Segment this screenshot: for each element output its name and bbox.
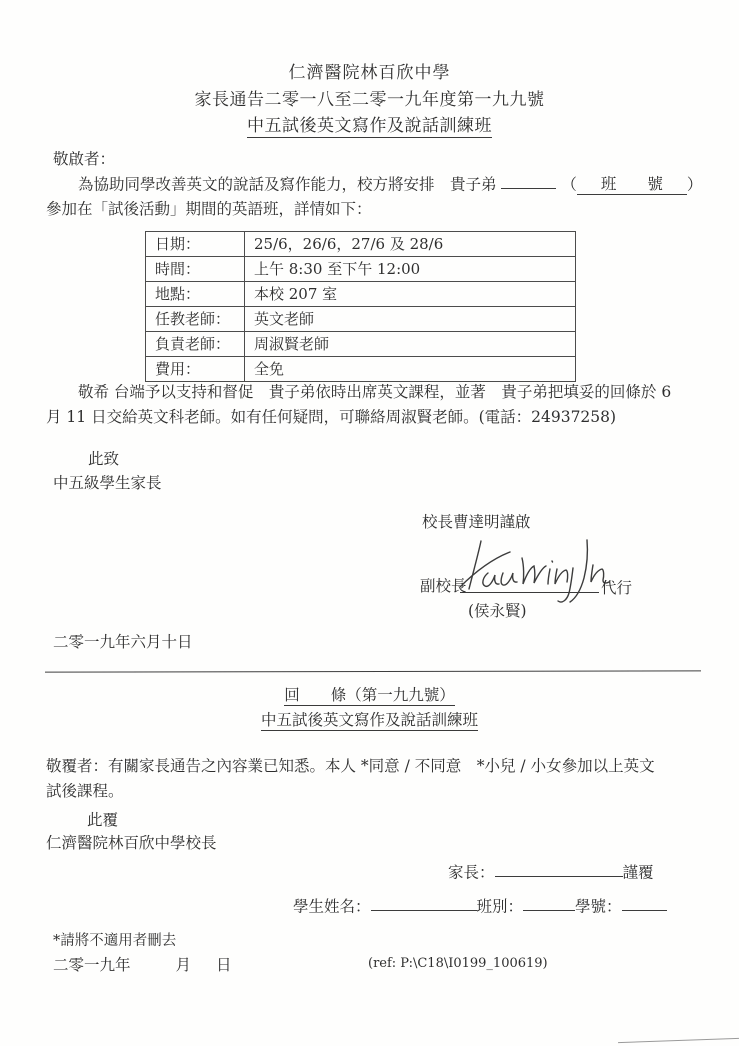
daixing-label: 代行 xyxy=(601,576,632,598)
paragraph2-line1: 敬希 台端予以支持和督促 貴子弟依時出席英文課程，並著 貴子弟把填妥的回條於 6 xyxy=(78,380,671,402)
table-row: 負責老師： 周淑賢老師 xyxy=(146,332,576,357)
table-row: 任教老師： 英文老師 xyxy=(146,307,576,332)
row-label: 負責老師： xyxy=(146,332,245,357)
notice-number: 家長通告二零一八至二零一九年度第一九九號 xyxy=(0,85,739,110)
table-row: 地點： 本校 207 室 xyxy=(146,282,576,307)
row-label: 時間： xyxy=(146,257,245,282)
class-label: 班別： xyxy=(477,897,524,915)
parent-field-label: 家長： xyxy=(448,863,495,881)
paragraph1-text: 為協助同學改善英文的說話及寫作能力，校方將安排 貴子弟 xyxy=(78,175,497,193)
table-row: 時間： 上午 8:30 至下午 12:00 xyxy=(146,257,576,282)
row-value: 25/6，26/6，27/6 及 28/6 xyxy=(245,232,576,257)
student-line: 學生姓名：班別：學號： xyxy=(293,894,667,916)
student-name-blank-field xyxy=(501,172,556,189)
notice-title: 中五試後英文寫作及說話訓練班 xyxy=(247,116,492,138)
reply-title: 回 條（第一九九號） xyxy=(284,686,455,706)
row-label: 費用： xyxy=(146,357,245,382)
scanned-notice-page: 仁濟醫院林百欣中學 家長通告二零一八至二零一九年度第一九九號 中五試後英文寫作及… xyxy=(0,0,739,1046)
school-name: 仁濟醫院林百欣中學 xyxy=(0,58,739,83)
reply-date-day: 日 xyxy=(216,956,232,974)
reply-date-year: 二零一九年 xyxy=(53,956,131,974)
reply-body-line1: 敬覆者：有關家長通告之內容業已知悉。本人 *同意 / 不同意 *小兒 / 小女參… xyxy=(46,754,655,776)
row-label: 地點： xyxy=(146,282,245,307)
table-row: 費用： 全免 xyxy=(146,357,576,382)
parent-line: 家長：謹覆 xyxy=(448,860,654,882)
open-paren: （ xyxy=(561,175,577,193)
row-value: 周淑賢老師 xyxy=(245,332,576,357)
issue-date: 二零一九年六月十日 xyxy=(53,630,193,652)
reply-subtitle-wrap: 中五試後英文寫作及說話訓練班 xyxy=(0,708,739,730)
principal-signoff: 校長曹達明謹啟 xyxy=(422,510,531,532)
vice-principal-name: (侯永賢) xyxy=(468,599,527,621)
reply-body-line2: 試後課程。 xyxy=(46,779,124,801)
reply-cifu: 此覆 xyxy=(87,808,118,830)
section-divider xyxy=(45,670,701,672)
class-number-blank-field: 班 號 xyxy=(577,172,687,195)
reply-title-wrap: 回 條（第一九九號） xyxy=(0,683,739,705)
student-name-blank xyxy=(371,894,477,911)
footnote: *請將不適用者刪去 xyxy=(53,929,176,950)
row-value: 本校 207 室 xyxy=(245,282,576,307)
student-name-label: 學生姓名： xyxy=(293,897,371,915)
reply-subtitle: 中五試後英文寫作及說話訓練班 xyxy=(261,711,478,731)
row-value: 上午 8:30 至下午 12:00 xyxy=(245,257,576,282)
close-paren: ） xyxy=(687,175,703,193)
paragraph1-line1: 為協助同學改善英文的說話及寫作能力，校方將安排 貴子弟 （班 號） xyxy=(78,172,702,195)
details-table: 日期： 25/6，26/6，27/6 及 28/6 時間： 上午 8:30 至下… xyxy=(145,231,576,382)
row-value: 英文老師 xyxy=(245,307,576,332)
row-label: 任教老師： xyxy=(146,307,245,332)
notice-title-wrap: 中五試後英文寫作及說話訓練班 xyxy=(0,111,739,136)
salutation: 敬啟者： xyxy=(53,147,115,169)
number-blank xyxy=(622,894,667,911)
row-label: 日期： xyxy=(146,232,245,257)
row-value: 全免 xyxy=(245,357,576,382)
paragraph1-line2: 參加在「試後活動」期間的英語班，詳情如下： xyxy=(46,197,372,219)
number-label: 學號： xyxy=(575,897,622,915)
jinfu-label: 謹覆 xyxy=(623,863,654,881)
reply-date-line: 二零一九年月日 xyxy=(53,953,232,975)
scan-artifact-line xyxy=(618,1038,739,1043)
reply-to-principal: 仁濟醫院林百欣中學校長 xyxy=(46,831,217,853)
ref-number: (ref: P:\C18\I0199_100619) xyxy=(368,956,548,971)
closing-recipient: 中五級學生家長 xyxy=(53,471,162,493)
signature-handwriting: Hau Wing Yin xyxy=(456,535,614,605)
reply-date-month: 月 xyxy=(176,956,192,974)
closing-cizhi: 此致 xyxy=(88,447,119,469)
class-blank xyxy=(523,894,575,911)
paragraph2-line2: 月 11 日交給英文科老師。如有任何疑問，可聯絡周淑賢老師。(電話：249372… xyxy=(46,405,616,427)
table-row: 日期： 25/6，26/6，27/6 及 28/6 xyxy=(146,232,576,257)
parent-blank-field xyxy=(495,860,623,877)
